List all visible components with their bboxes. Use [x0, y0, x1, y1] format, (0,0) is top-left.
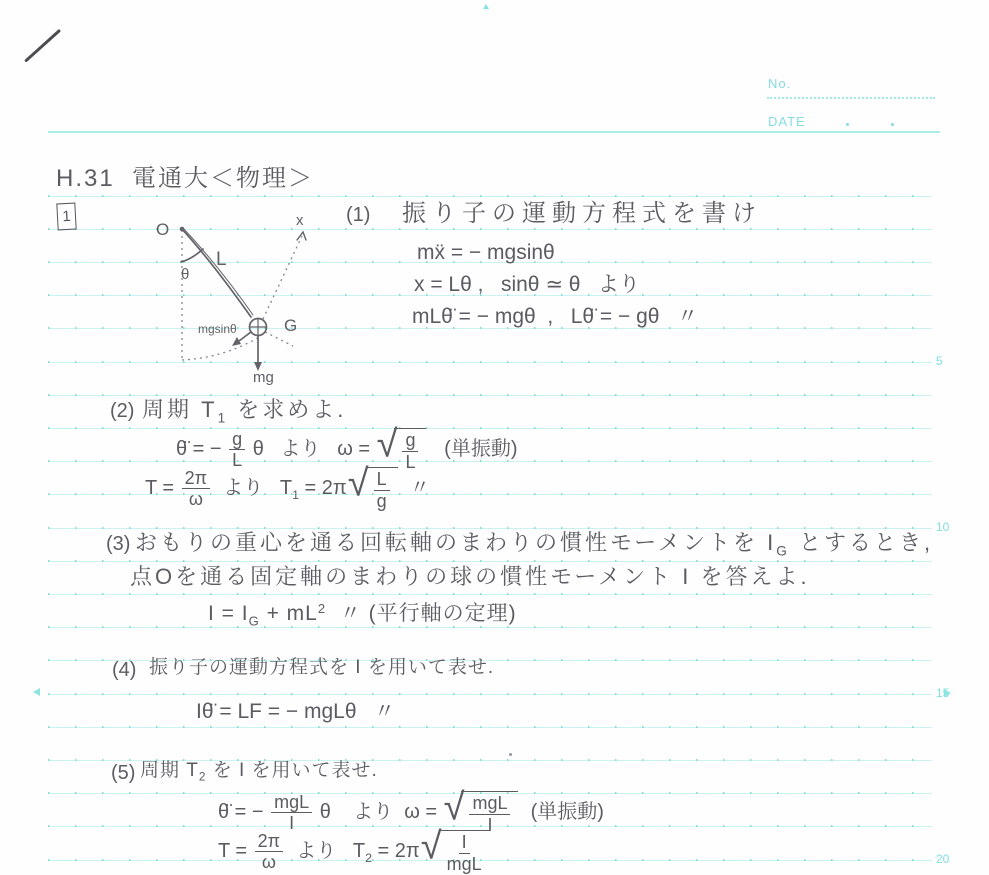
- ruled-line: [48, 593, 932, 595]
- p2-eq2: T = 2πω より T1 = 2π√Lg 〃: [145, 467, 430, 511]
- p5-label: (5): [111, 761, 135, 786]
- axis-label: x: [296, 212, 304, 229]
- p1-question: 振り子の運動方程式を書け: [402, 199, 762, 229]
- ruled-line: [48, 693, 932, 695]
- p4-label: (4): [112, 658, 136, 683]
- p1-eq3: mLθ̈ = − mgθ , Lθ̈ = − gθ 〃: [412, 304, 698, 330]
- angle-label: θ: [181, 266, 189, 283]
- ruled-line: [48, 195, 932, 197]
- tangential-force-label: mgsinθ: [198, 322, 237, 336]
- pendulum-diagram: O L θ G mgsinθ mg x: [150, 205, 332, 387]
- margin-line-number: 10: [936, 520, 949, 534]
- pivot-point: [180, 227, 185, 232]
- margin-line-number: 20: [936, 852, 949, 866]
- p3-label: (3): [106, 532, 130, 557]
- bob-label: G: [284, 316, 297, 335]
- p1-eq2: x = Lθ , sinθ ≃ θ より: [414, 272, 640, 298]
- ruled-line: [48, 726, 932, 728]
- swing-arc-dashed: [182, 336, 261, 360]
- p4-question: 振り子の運動方程式を I を用いて表せ.: [149, 656, 494, 680]
- p5-eq2: T = 2πω より T2 = 2π√ImgL: [218, 830, 491, 874]
- p3-question-line1: おもりの重心を通る回転軸のまわりの慣性モーメントを IG とするとき,: [135, 529, 933, 560]
- gravity-label: mg: [253, 369, 274, 386]
- p5-eq1: θ̈ = − mgLI θ より ω = √mgLI (単振動): [218, 791, 604, 835]
- pencil-dot: [509, 753, 512, 756]
- margin-marker-right-icon: [944, 689, 951, 697]
- margin-line-number: 5: [936, 354, 943, 368]
- problem-number-box: 1: [56, 203, 76, 231]
- pendulum-rod: [182, 229, 251, 317]
- angle-arc: [181, 249, 203, 262]
- date-separator-dot: [891, 123, 894, 126]
- problem-number: 1: [62, 208, 71, 225]
- header-rule: [48, 131, 940, 133]
- p5-question: 周期 T2 を I を用いて表せ.: [140, 759, 378, 785]
- p3-question-line2: 点Oを通る固定軸のまわりの球の慣性モーメント I を答えよ.: [130, 563, 810, 591]
- date-label: DATE: [768, 114, 806, 129]
- p3-eq1: I = IG + mL2 〃 (平行軸の定理): [208, 601, 517, 630]
- p2-label: (2): [110, 399, 134, 424]
- p4-eq1: Iθ̈ = LF = − mgLθ 〃: [196, 699, 395, 725]
- ruled-line: [48, 560, 932, 562]
- margin-marker-left-icon: [33, 688, 40, 696]
- paper-speck: [483, 4, 489, 9]
- rod-length-label: L: [216, 249, 227, 270]
- no-dotted-line: [767, 86, 935, 99]
- pivot-label: O: [156, 220, 169, 239]
- x-axis-dashed-line: [263, 236, 302, 319]
- notebook-page: No. DATE 5 10 15 20 H.31 電通大＜物理＞ 1: [0, 0, 989, 875]
- pen-stroke: [24, 29, 61, 62]
- p1-eq1: mẍ = − mgsinθ: [417, 240, 555, 266]
- date-separator-dot: [846, 123, 849, 126]
- p2-question: 周期 T1 を求めよ.: [142, 396, 346, 427]
- page-title: H.31 電通大＜物理＞: [56, 164, 314, 194]
- p1-label: (1): [346, 203, 370, 228]
